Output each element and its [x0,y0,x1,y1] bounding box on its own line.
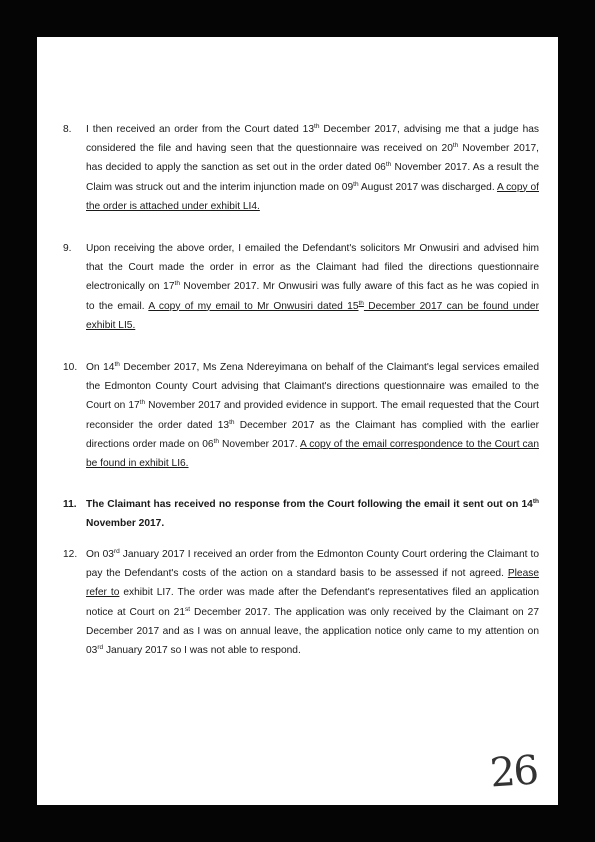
exhibit-reference: A copy of my email to Mr Onwusiri dated … [148,301,358,312]
paragraph-body: On 14th December 2017, Ms Zena Ndereyima… [86,358,539,473]
document-page: 8. I then received an order from the Cou… [37,37,558,805]
ordinal-suffix: th [386,161,391,168]
ordinal-suffix: rd [114,548,120,555]
ordinal-suffix: st [185,606,190,613]
paragraph-number: 11. [63,495,77,514]
paragraph-11: 11. The Claimant has received no respons… [86,495,539,533]
paragraph-number: 10. [63,358,77,377]
ordinal-suffix: th [114,361,119,368]
paragraph-body: On 03rd January 2017 I received an order… [86,545,539,660]
paragraph-number: 12. [63,545,77,564]
paragraph-9: 9. Upon receiving the above order, I ema… [86,239,539,335]
exhibit-reference: A copy of the order is attached under ex… [86,182,539,212]
ordinal-suffix: th [533,498,539,505]
ordinal-suffix: th [214,438,219,445]
paragraph-body: Upon receiving the above order, I emaile… [86,239,539,335]
ordinal-suffix: rd [97,644,103,651]
handwritten-page-number: 26 [488,747,538,796]
exhibit-reference: A copy of the email correspondence to th… [86,439,539,469]
ordinal-suffix: th [140,399,145,406]
paragraph-number: 8. [63,120,72,139]
paragraph-12: 12. On 03rd January 2017 I received an o… [86,545,539,660]
paragraph-number: 9. [63,239,72,258]
ordinal-suffix: th [353,181,358,188]
paragraph-10: 10. On 14th December 2017, Ms Zena Ndere… [86,358,539,473]
ordinal-suffix: th [229,419,234,426]
paragraph-8: 8. I then received an order from the Cou… [86,120,539,216]
exhibit-reference: Please refer to [86,568,539,598]
ordinal-suffix: th [175,280,180,287]
paragraph-body: I then received an order from the Court … [86,120,539,216]
paragraph-body: The Claimant has received no response fr… [86,495,539,533]
ordinal-suffix: th [314,123,319,130]
ordinal-suffix: th [453,142,458,149]
